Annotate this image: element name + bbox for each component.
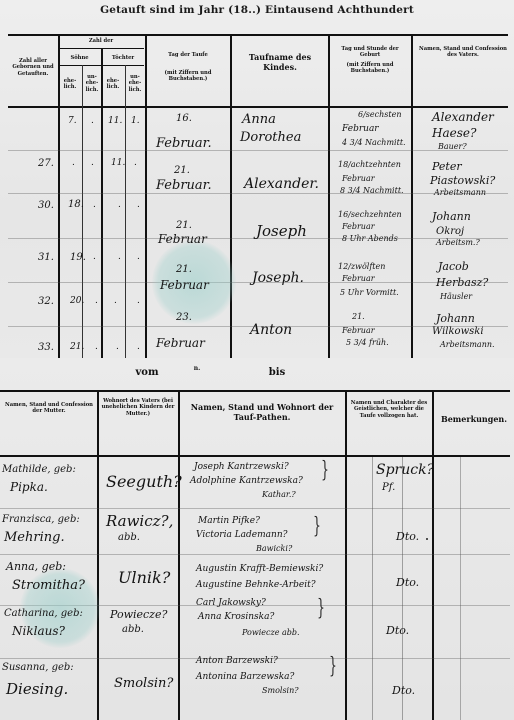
cell-godparent-2: Anna Krosinska? bbox=[198, 612, 274, 622]
cell-father-status: Bauer? bbox=[438, 142, 467, 151]
cell-count: 32. bbox=[38, 296, 54, 307]
header-father: Namen, Stand und Confession des Vaters. bbox=[414, 46, 512, 59]
cell-daughters-legit: . bbox=[118, 252, 121, 262]
cell-baptism-month: Februar bbox=[160, 278, 209, 292]
cell-officiant-signature: Spruck? bbox=[376, 462, 434, 478]
cell-mother-name: Mathilde, geb: bbox=[2, 464, 76, 475]
cell-residence: Powiecze? bbox=[110, 608, 167, 621]
column-divider bbox=[328, 34, 330, 358]
cell-residence: Seeguth? bbox=[106, 472, 182, 491]
header-daughters-illegit: un-ehe-lich. bbox=[126, 74, 144, 93]
page-title: Getauft sind im Jahr (18..) Eintausend A… bbox=[0, 4, 514, 16]
cell-birth-month: Februar bbox=[342, 222, 375, 231]
cell-mother-surname: Pipka. bbox=[10, 480, 48, 494]
cell-sons-legit: 18. bbox=[68, 199, 84, 210]
header-baptism-day-note: (mit Ziffern und Buchstaben.) bbox=[147, 70, 229, 83]
column-divider bbox=[411, 34, 413, 358]
cell-mother-surname: Mehring. bbox=[4, 530, 65, 545]
cell-father-surname: Wilkowski bbox=[432, 326, 484, 337]
cell-child-name: Joseph. bbox=[252, 270, 304, 286]
cell-birth-month: Februar bbox=[342, 124, 379, 134]
cell-mother-name: Franzisca, geb: bbox=[2, 514, 80, 525]
column-divider bbox=[97, 390, 99, 720]
cell-father-surname: Piastowski? bbox=[430, 174, 495, 187]
column-divider bbox=[178, 390, 180, 720]
header-sons: Söhne bbox=[58, 55, 101, 61]
cell-child-name: Alexander. bbox=[244, 176, 319, 192]
cell-sons-illegit: . bbox=[93, 200, 96, 210]
cell-godparent-2: Adolphine Kantrzewska? bbox=[190, 476, 303, 486]
register-right-page: vom n. bis Namen, Stand und Confession d… bbox=[0, 358, 514, 720]
cell-baptism-month: Februar. bbox=[156, 178, 212, 193]
column-divider bbox=[230, 34, 232, 358]
header-officiant: Namen und Charakter des Geistlichen, wel… bbox=[348, 400, 430, 419]
header-zahl-der: Zahl der bbox=[58, 38, 144, 44]
cell-daughters-illegit: . bbox=[134, 158, 137, 168]
header-daughters: Töchter bbox=[101, 55, 145, 61]
title-mid: n. bbox=[190, 366, 204, 372]
cell-father-name: Peter bbox=[432, 160, 462, 173]
cell-child-name-2: Dorothea bbox=[240, 130, 301, 145]
cell-child-name: Anna bbox=[242, 112, 276, 127]
cell-birth-day: 6/sechsten bbox=[358, 110, 401, 119]
brace-icon: } bbox=[321, 458, 329, 483]
header-godparents: Namen, Stand und Wohnort der Tauf-Pathen… bbox=[184, 402, 340, 422]
cell-mother-surname: Stromitha? bbox=[12, 578, 85, 593]
cell-birth-day: 18/achtzehnten bbox=[338, 160, 401, 169]
cell-daughters-illegit: 1. bbox=[131, 116, 140, 126]
cell-sons-illegit: . bbox=[91, 116, 94, 126]
cell-father-name: Johann bbox=[432, 210, 471, 223]
cell-residence-2: abb. bbox=[122, 624, 144, 635]
cell-godparent-1: Martin Pifke? bbox=[198, 516, 260, 526]
cell-sons-legit: . bbox=[72, 158, 75, 168]
cell-birth-hour: 4 3/4 Nachmitt. bbox=[342, 138, 406, 147]
header-remarks: Bemerkungen. bbox=[436, 414, 512, 424]
title-from: vom bbox=[132, 368, 162, 378]
cell-sons-legit: 19. bbox=[70, 252, 86, 263]
cell-father-surname: Okroj bbox=[436, 226, 464, 237]
cell-birth-day: 21. bbox=[352, 312, 365, 321]
cell-baptism-month: Februar. bbox=[156, 136, 212, 151]
cell-mother-surname: Niklaus? bbox=[12, 624, 65, 638]
cell-birth-hour: 8 Uhr Abends bbox=[342, 234, 398, 243]
cell-daughters-illegit: . bbox=[137, 252, 140, 262]
cell-godparent-2: Victoria Lademann? bbox=[196, 530, 287, 540]
cell-sons-legit: 7. bbox=[68, 116, 77, 126]
cell-birth-month: Februar bbox=[342, 174, 375, 183]
header-sons-legit: ehe-lich. bbox=[59, 78, 81, 91]
cell-father-surname: Herbasz? bbox=[436, 276, 488, 289]
cell-count: 31. bbox=[38, 252, 54, 263]
header-residence: Wohnort des Vaters (bei unehelichen Kind… bbox=[100, 398, 176, 417]
row-line bbox=[0, 554, 510, 555]
row-line bbox=[8, 193, 508, 194]
column-divider bbox=[101, 48, 103, 358]
cell-daughters-illegit: . bbox=[137, 296, 140, 306]
cell-daughters-illegit: . bbox=[137, 342, 140, 352]
cell-father-status: Arbeitsmann. bbox=[440, 340, 495, 349]
cell-sons-illegit: . bbox=[93, 252, 96, 262]
column-divider bbox=[432, 390, 434, 720]
cell-sons-illegit: . bbox=[95, 342, 98, 352]
cell-father-status: Häusler bbox=[440, 292, 472, 301]
cell-birth-month: Februar bbox=[342, 274, 375, 283]
cell-birth-month: Februar bbox=[342, 326, 375, 335]
cell-officiant-signature: Dto. bbox=[392, 684, 415, 697]
cell-godparent-3: Smolsin? bbox=[262, 686, 299, 695]
header-bottom-rule bbox=[8, 106, 508, 108]
column-divider bbox=[82, 65, 83, 358]
cell-birth-hour: 5 Uhr Vormitt. bbox=[340, 288, 399, 297]
cell-child-name: Joseph bbox=[256, 222, 307, 240]
cell-baptism-day: 21. bbox=[176, 220, 192, 231]
cell-father-surname: Haese? bbox=[432, 126, 476, 140]
cell-father-name: Jacob bbox=[438, 260, 469, 273]
header-mother: Namen, Stand und Confession der Mutter. bbox=[2, 402, 96, 415]
cell-mother-name: Anna, geb: bbox=[6, 560, 66, 573]
brace-icon: } bbox=[313, 514, 321, 539]
cell-count: 33. bbox=[38, 342, 54, 353]
cell-sons-illegit: . bbox=[91, 158, 94, 168]
ink-dot bbox=[426, 538, 428, 540]
cell-baptism-month: Februar bbox=[156, 336, 205, 350]
header-child-name: Taufname des Kindes. bbox=[236, 52, 324, 72]
cell-daughters-legit: 11. bbox=[108, 116, 122, 126]
cell-godparent-3: Kathar.? bbox=[262, 490, 296, 499]
cell-godparent-1: Anton Barzewski? bbox=[196, 656, 278, 666]
brace-icon: } bbox=[317, 596, 325, 621]
cell-birth-hour: 5 3/4 früh. bbox=[346, 338, 389, 347]
header-birth: Tag und Stunde der Geburt bbox=[331, 46, 409, 59]
cell-daughters-legit: . bbox=[114, 296, 117, 306]
cell-daughters-legit: 11. bbox=[111, 158, 125, 168]
cell-father-status: Arbeitsm.? bbox=[436, 238, 480, 247]
cell-baptism-day: 21. bbox=[174, 165, 190, 176]
cell-officiant-signature: Dto. bbox=[386, 624, 409, 637]
cell-residence: Smolsin? bbox=[114, 676, 173, 691]
cell-birth-day: 12/zwölften bbox=[338, 262, 385, 271]
cell-count: 27. bbox=[38, 158, 54, 169]
cell-father-status: Arbeitsmann bbox=[434, 188, 486, 197]
cell-baptism-day: 23. bbox=[176, 312, 192, 323]
cell-officiant-signature: Dto. bbox=[396, 576, 419, 589]
cell-godparent-2: Antonina Barzewska? bbox=[196, 672, 294, 682]
column-divider bbox=[125, 65, 126, 358]
cell-officiant-signature: Dto. bbox=[396, 530, 419, 543]
cell-daughters-legit: . bbox=[118, 200, 121, 210]
cell-father-name: Alexander bbox=[432, 110, 494, 124]
cell-residence: Rawicz?, bbox=[106, 512, 173, 530]
cell-residence: Ulnik? bbox=[118, 568, 170, 587]
header-count: Zahl aller Gebornen und Getauften. bbox=[8, 58, 58, 77]
register-left-page: Getauft sind im Jahr (18..) Eintausend A… bbox=[0, 0, 514, 358]
cell-father-name: Johann bbox=[436, 312, 475, 325]
column-divider bbox=[345, 390, 347, 720]
cell-sons-illegit: . bbox=[95, 296, 98, 306]
cell-mother-name: Susanna, geb: bbox=[2, 662, 74, 673]
row-line bbox=[0, 508, 510, 509]
cell-daughters-legit: . bbox=[116, 342, 119, 352]
cell-child-name: Anton bbox=[250, 322, 292, 338]
title-to: bis bbox=[266, 368, 288, 378]
cell-mother-name: Catharina, geb: bbox=[4, 608, 83, 619]
header-top-rule bbox=[8, 34, 508, 36]
header-baptism-day: Tag der Taufe bbox=[147, 52, 229, 58]
cell-count: 30. bbox=[38, 200, 54, 211]
cell-godparent-1: Augustin Krafft-Bemiewski? bbox=[196, 564, 323, 574]
header-daughters-legit: ehe-lich. bbox=[102, 78, 124, 91]
faint-guide bbox=[372, 457, 373, 720]
cell-sons-legit: 20. bbox=[70, 296, 84, 306]
cell-godparent-1: Carl Jakowsky? bbox=[196, 598, 266, 608]
cell-mother-surname: Diesing. bbox=[6, 680, 68, 698]
cell-residence-2: abb. bbox=[118, 532, 140, 543]
cell-daughters-illegit: . bbox=[137, 200, 140, 210]
cell-officiant-title: Pf. bbox=[382, 482, 395, 493]
cell-birth-day: 16/sechzehnten bbox=[338, 210, 402, 219]
cell-godparent-2: Augustine Behnke-Arbeit? bbox=[196, 580, 316, 590]
cell-baptism-month: Februar bbox=[158, 232, 207, 246]
cell-baptism-day: 21. bbox=[176, 264, 192, 275]
cell-birth-hour: 8 3/4 Nachmitt. bbox=[340, 186, 404, 195]
cell-godparent-3: Bawicki? bbox=[256, 544, 292, 553]
faint-guide bbox=[460, 457, 461, 720]
header-birth-note: (mit Ziffern und Buchstaben.) bbox=[331, 62, 409, 75]
cell-sons-legit: 21. bbox=[70, 342, 84, 352]
brace-icon: } bbox=[329, 654, 337, 679]
cell-baptism-day: 16. bbox=[176, 113, 192, 124]
cell-godparent-1: Joseph Kantrzewski? bbox=[194, 462, 289, 472]
row-line bbox=[8, 150, 508, 151]
header-sons-illegit: un-ehe-lich. bbox=[83, 74, 101, 93]
cell-godparent-3: Powiecze abb. bbox=[242, 628, 300, 637]
